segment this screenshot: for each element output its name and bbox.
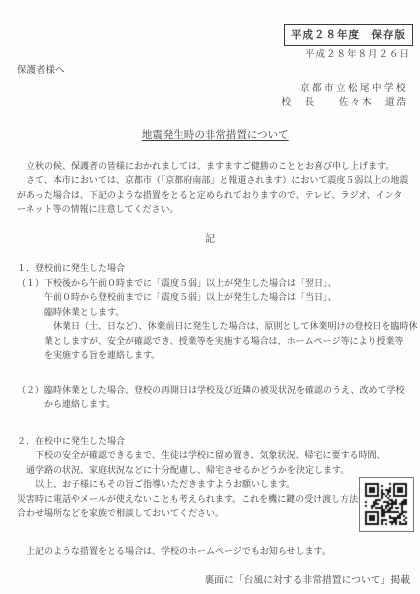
text-line: を実施する旨を連絡します。: [17, 348, 420, 363]
section-1-heading: １．登校前に発生した場合: [17, 261, 420, 276]
text-line: 臨時休業とします。: [17, 305, 420, 320]
salutation: 保護者様へ: [17, 64, 420, 79]
text-line: から連絡します。: [17, 397, 420, 412]
text-line: 午前０時から登校前までに「震度５弱」以上が発生した場合は「当日」、: [17, 290, 420, 305]
edition-box-row: 平成２８年度 保存版: [17, 24, 413, 46]
text-line: 立秋の候、保護者の皆様におかれましては、ますますご健勝のこととお喜び申し上げます…: [17, 159, 420, 174]
text-line: 休業日（土、日など）、休業前日に発生した場合は、原則として休業明けの登校日を臨時…: [17, 319, 420, 334]
text-line: があった場合は、下記のような措置をとると定められておりますので、テレビ、ラジオ、…: [17, 188, 420, 203]
text-line: ーネット等の情報に注意してください。: [17, 202, 420, 217]
text-line: 通学路の状況、家庭状況などに十分配慮し、帰宅させるかどうかを決定します。: [17, 463, 420, 478]
page-title-text: 地震発生時の非常措置について: [142, 130, 289, 141]
record-marker: 記: [0, 233, 420, 248]
text-line: 下校の安全が確認できるまで、生徒は学校に留め置き、気象状況、帰宅に要する時間、: [17, 448, 420, 463]
principal-name: 校 長 佐々木 道浩: [0, 96, 408, 111]
text-line: （２）臨時休業とした場合、登校の再開日は学校及び近隣の被災状況を確認のうえ、改め…: [17, 383, 420, 398]
text-line: 業としますが、安全が確認でき、授業等を実施する場合は、ホームページ等により授業等: [17, 334, 420, 349]
text-line: （１）下校後から午前０時までに「震度５弱」以上が発生した場合は「翌日」、: [17, 276, 420, 291]
section-2-heading: ２．在校中に発生した場合: [17, 434, 420, 449]
section-1-item-2: （２）臨時休業とした場合、登校の再開日は学校及び近隣の被災状況を確認のうえ、改め…: [17, 383, 420, 412]
school-name: 京都市立松尾中学校: [0, 82, 408, 97]
footer-note: 裏面に「台風に対する非常措置について」掲載: [0, 574, 410, 589]
homepage-note: 上記のような措置をとる場合は、学校のホームページでもお知らせします。: [17, 544, 420, 559]
intro-paragraph: 立秋の候、保護者の皆様におかれましては、ますますご健勝のこととお喜び申し上げます…: [17, 159, 420, 217]
text-line: さて、本市においては、京都市（「京都府南部」と報道されます）において震度５弱以上…: [17, 173, 420, 188]
document-page: 平成２８年度 保存版 平成２８年８月２６日 保護者様へ 京都市立松尾中学校 校 …: [0, 0, 420, 594]
section-1-item-1: （１）下校後から午前０時までに「震度５弱」以上が発生した場合は「翌日」、 午前０…: [17, 276, 420, 363]
page-title: 地震発生時の非常措置について: [0, 113, 420, 158]
document-date: 平成２８年８月２６日: [0, 48, 410, 62]
qr-code: [359, 477, 414, 532]
edition-box: 平成２８年度 保存版: [284, 24, 413, 46]
